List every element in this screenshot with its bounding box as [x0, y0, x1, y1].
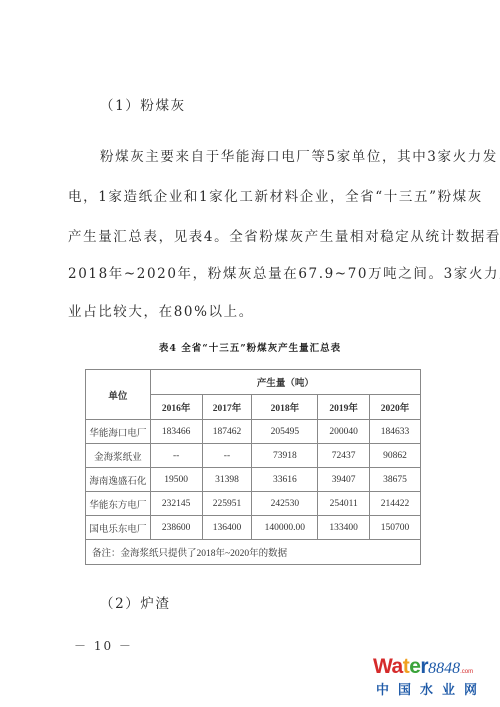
year-header: 2016年 [150, 395, 202, 420]
table-row: 国电乐东电厂 238600 136400 140000.00 133400 15… [86, 516, 421, 540]
table-caption: 表4 全省“十三五”粉煤灰产生量汇总表 [0, 340, 500, 354]
value-cell: 136400 [202, 516, 252, 540]
value-cell: 150700 [370, 516, 421, 540]
paragraph-line: 产生量汇总表，见表4。全省粉煤灰产生量相对稳定从统计数据看 [68, 225, 500, 245]
paragraph-line: 2018年~2020年，粉煤灰总量在67.9~70万吨之间。3家火力发电企 [68, 262, 500, 282]
paragraph-line: 电，1家造纸企业和1家化工新材料企业，全省“十三五”粉煤灰 [68, 185, 483, 205]
value-cell: -- [202, 444, 252, 468]
year-header: 2019年 [318, 395, 370, 420]
value-cell: 238600 [150, 516, 202, 540]
table-note-row: 备注：金海浆纸只提供了2018年~2020年的数据 [86, 540, 421, 565]
unit-cell: 金海浆纸业 [86, 444, 151, 468]
logo-domain: .com [460, 669, 473, 675]
logo-number: 8848 [428, 660, 460, 677]
value-cell: 183466 [150, 420, 202, 444]
fly-ash-production-table: 单位 产生量（吨） 2016年 2017年 2018年 2019年 2020年 … [85, 369, 421, 565]
unit-cell: 华能海口电厂 [86, 420, 151, 444]
year-header: 2017年 [202, 395, 252, 420]
value-cell: 73918 [252, 444, 318, 468]
logo-letter: r [420, 655, 428, 678]
unit-cell: 国电乐东电厂 [86, 516, 151, 540]
value-cell: 184633 [370, 420, 421, 444]
value-cell: 187462 [202, 420, 252, 444]
unit-cell: 华能东方电厂 [86, 492, 151, 516]
table-note: 备注：金海浆纸只提供了2018年~2020年的数据 [86, 540, 421, 565]
value-cell: -- [150, 444, 202, 468]
unit-cell: 海南逸盛石化 [86, 468, 151, 492]
water8848-watermark-logo: Water8848.com 中国水业网 [373, 657, 486, 698]
paragraph-line: 粉煤灰主要来自于华能海口电厂等5家单位，其中3家火力发 [100, 145, 498, 165]
value-cell: 200040 [318, 420, 370, 444]
table-row: 华能东方电厂 232145 225951 242530 254011 21442… [86, 492, 421, 516]
page-number: － 10 － [74, 637, 133, 654]
table-row: 海南逸盛石化 19500 31398 33616 39407 38675 [86, 468, 421, 492]
value-cell: 214422 [370, 492, 421, 516]
year-header: 2018年 [252, 395, 318, 420]
value-cell: 33616 [252, 468, 318, 492]
unit-header: 单位 [86, 370, 151, 420]
logo-letter: a [392, 655, 403, 678]
value-cell: 205495 [252, 420, 318, 444]
value-cell: 72437 [318, 444, 370, 468]
value-cell: 39407 [318, 468, 370, 492]
value-cell: 38675 [370, 468, 421, 492]
logo-chinese-name: 中国水业网 [373, 679, 486, 698]
value-cell: 232145 [150, 492, 202, 516]
year-header: 2020年 [370, 395, 421, 420]
logo-letter: W [373, 655, 392, 678]
logo-letter: e [409, 655, 420, 678]
value-cell: 140000.00 [252, 516, 318, 540]
value-cell: 225951 [202, 492, 252, 516]
table-row: 华能海口电厂 183466 187462 205495 200040 18463… [86, 420, 421, 444]
value-cell: 19500 [150, 468, 202, 492]
production-group-header: 产生量（吨） [150, 370, 420, 395]
paragraph-line: 业占比较大，在80%以上。 [68, 300, 254, 320]
value-cell: 31398 [202, 468, 252, 492]
section-heading-fly-ash: （1）粉煤灰 [100, 94, 186, 114]
value-cell: 254011 [318, 492, 370, 516]
table-row: 金海浆纸业 -- -- 73918 72437 90862 [86, 444, 421, 468]
value-cell: 90862 [370, 444, 421, 468]
value-cell: 133400 [318, 516, 370, 540]
logo-wordmark: Water8848.com [373, 657, 486, 678]
value-cell: 242530 [252, 492, 318, 516]
section-heading-slag: （2）炉渣 [100, 592, 171, 612]
